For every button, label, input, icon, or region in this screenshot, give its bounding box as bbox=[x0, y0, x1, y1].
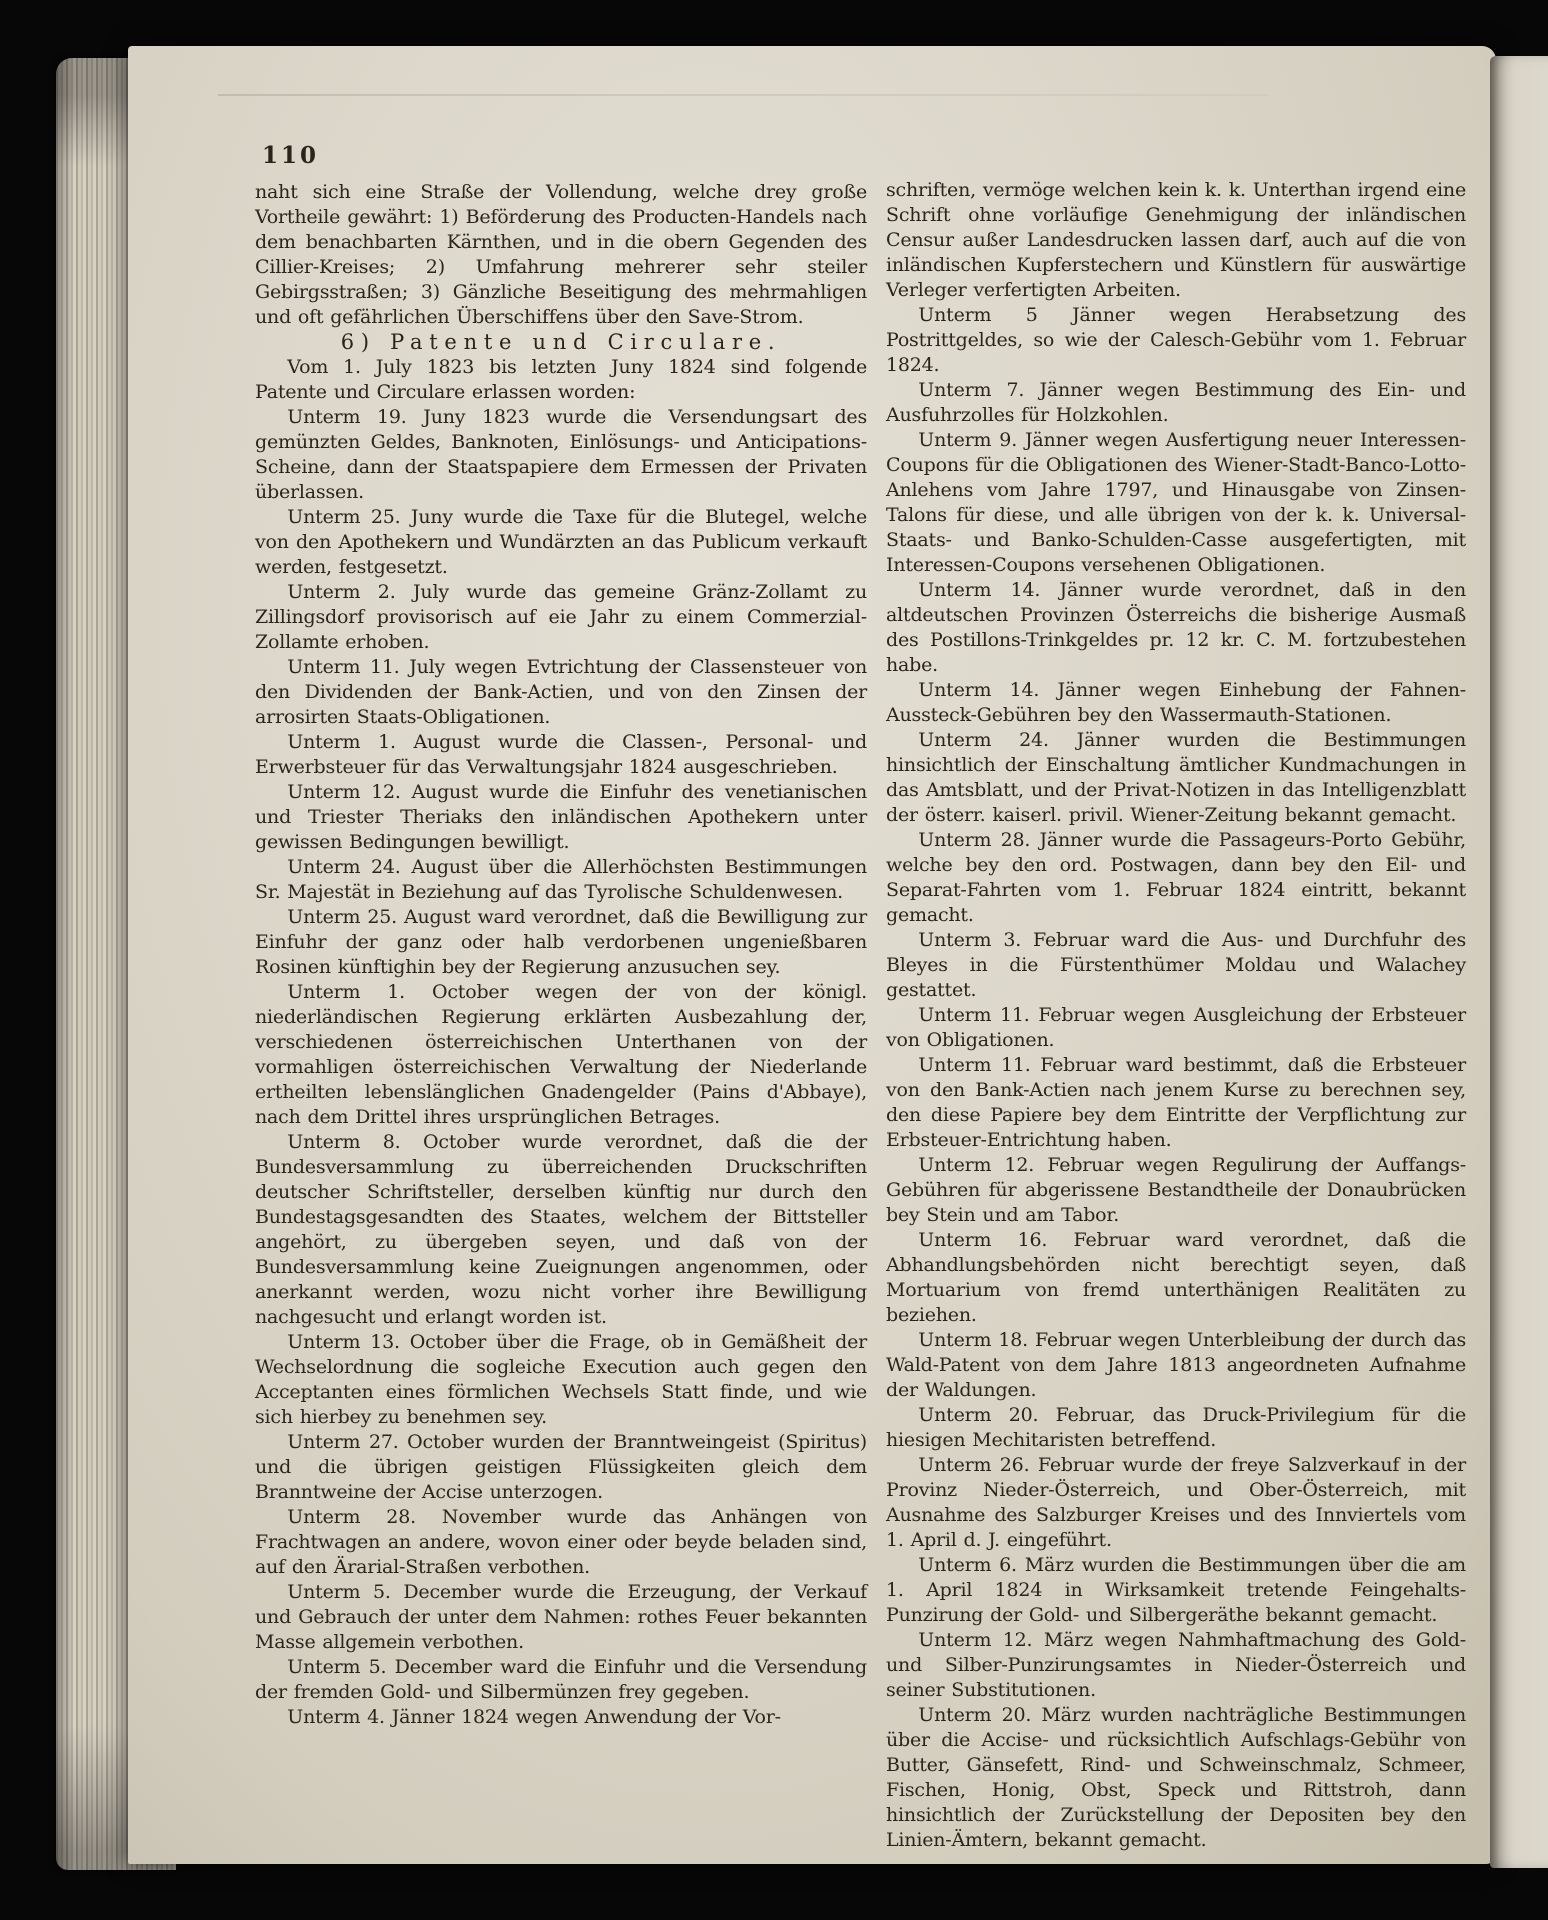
paragraph: Unterm 14. Jänner wegen Einhebung der Fa… bbox=[886, 678, 1466, 728]
paragraph: Unterm 11. Februar ward bestimmt, daß di… bbox=[886, 1053, 1466, 1153]
paragraph: Unterm 4. Jänner 1824 wegen Anwendung de… bbox=[255, 1705, 867, 1730]
paragraph: Unterm 18. Februar wegen Unterbleibung d… bbox=[886, 1328, 1466, 1403]
paragraph: Unterm 19. Juny 1823 wurde die Versendun… bbox=[255, 405, 867, 505]
paragraph: Unterm 1. October wegen der von der köni… bbox=[255, 980, 867, 1130]
left-column: naht sich eine Straße der Vollendung, we… bbox=[255, 180, 867, 1730]
paragraph: Unterm 3. Februar ward die Aus- und Durc… bbox=[886, 928, 1466, 1003]
next-page-sliver bbox=[1490, 56, 1548, 1868]
paragraph: Unterm 20. Februar, das Druck-Privilegiu… bbox=[886, 1403, 1466, 1453]
paragraph: Unterm 5 Jänner wegen Herabsetzung des P… bbox=[886, 303, 1466, 378]
paragraph: Unterm 7. Jänner wegen Bestimmung des Ei… bbox=[886, 378, 1466, 428]
scan-background: { "colors": { "background": "#070707", "… bbox=[0, 0, 1548, 1920]
paragraph: Unterm 24. Jänner wurden die Bestimmunge… bbox=[886, 728, 1466, 828]
paragraph: Unterm 25. August ward verordnet, daß di… bbox=[255, 905, 867, 980]
paragraph: Unterm 16. Februar ward verordnet, daß d… bbox=[886, 1228, 1466, 1328]
paragraph: Unterm 8. October wurde verordnet, daß d… bbox=[255, 1130, 867, 1330]
paragraph-continuation: schriften, vermöge welchen kein k. k. Un… bbox=[886, 178, 1466, 303]
paragraph-intro: Vom 1. July 1823 bis letzten Juny 1824 s… bbox=[255, 355, 867, 405]
page-number: 110 bbox=[262, 142, 319, 169]
paragraph: Unterm 26. Februar wurde der freye Salzv… bbox=[886, 1453, 1466, 1553]
paragraph: Unterm 25. Juny wurde die Taxe für die B… bbox=[255, 505, 867, 580]
paragraph: Unterm 2. July wurde das gemeine Gränz-Z… bbox=[255, 580, 867, 655]
paragraph: Unterm 12. Februar wegen Regulirung der … bbox=[886, 1153, 1466, 1228]
paragraph: Unterm 14. Jänner wurde verordnet, daß i… bbox=[886, 578, 1466, 678]
paragraph: Unterm 6. März wurden die Bestimmungen ü… bbox=[886, 1553, 1466, 1628]
paragraph: Unterm 20. März wurden nachträgliche Bes… bbox=[886, 1703, 1466, 1853]
section-heading: 6) Patente und Circulare. bbox=[255, 330, 867, 355]
paragraph: Unterm 27. October wurden der Branntwein… bbox=[255, 1430, 867, 1505]
paragraph: Unterm 28. Jänner wurde die Passageurs-P… bbox=[886, 828, 1466, 928]
paragraph: Unterm 11. Februar wegen Ausgleichung de… bbox=[886, 1003, 1466, 1053]
paragraph: Unterm 9. Jänner wegen Ausfertigung neue… bbox=[886, 428, 1466, 578]
paragraph: Unterm 12. März wegen Nahmhaftmachung de… bbox=[886, 1628, 1466, 1703]
paragraph: Unterm 28. November wurde das Anhängen v… bbox=[255, 1505, 867, 1580]
paragraph: Unterm 13. October über die Frage, ob in… bbox=[255, 1330, 867, 1430]
paragraph-continuation: naht sich eine Straße der Vollendung, we… bbox=[255, 180, 867, 330]
paragraph: Unterm 5. December ward die Einfuhr und … bbox=[255, 1655, 867, 1705]
right-column: schriften, vermöge welchen kein k. k. Un… bbox=[886, 178, 1466, 1853]
paragraph: Unterm 11. July wegen Evtrichtung der Cl… bbox=[255, 655, 867, 730]
paragraph: Unterm 1. August wurde die Classen-, Per… bbox=[255, 730, 867, 780]
paragraph: Unterm 5. December wurde die Erzeugung, … bbox=[255, 1580, 867, 1655]
paragraph: Unterm 12. August wurde die Einfuhr des … bbox=[255, 780, 867, 855]
paragraph: Unterm 24. August über die Allerhöchsten… bbox=[255, 855, 867, 905]
